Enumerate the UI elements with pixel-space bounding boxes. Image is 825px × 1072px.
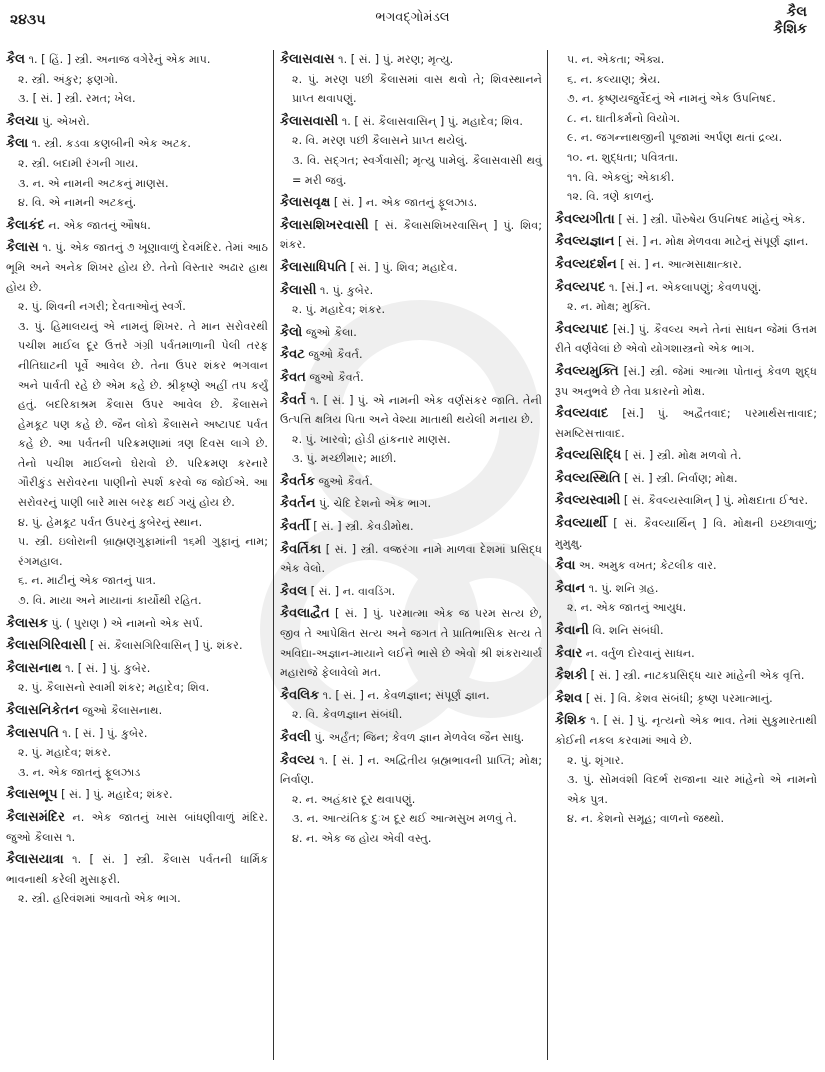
entry-sense: ૩. વિ. સદ્ગત; સ્વર્ગવાસી; મૃત્યુ પામેલું… — [280, 151, 542, 190]
definition-text: [ સં. ] સ્ત્રી. કેવડીમોથ. — [313, 520, 413, 533]
entry-definition: કૈવલી પું. અર્હંત; જિન; કેવળ જ્ઞાન મેળવે… — [280, 728, 542, 748]
headword: કૈલાસનિકેતન — [6, 703, 79, 718]
definition-text: [ સં. કૈવલ્યસ્વામિન્ ] પું. મોક્ષદાતા ઈશ… — [624, 494, 808, 507]
headword: કૈવટ — [280, 347, 305, 362]
entry-sense: ૫. સ્ત્રી. ઇલોરાની બ્રાહ્મણગુફામાંની ૧૬મ… — [6, 532, 268, 571]
definition-text: ૧. [ સં. ] પું. એ નામની એક વર્ણસંકર જાતિ… — [280, 394, 542, 427]
guide-word-last: કૈશિક — [773, 21, 807, 38]
headword: કૈલાસયાત્રા — [6, 852, 64, 867]
dictionary-entry: કૈવત જુઓ કૈવર્ત. — [280, 368, 542, 388]
column-divider — [547, 50, 548, 1060]
entry-definition: કૈવા અ. અમુક વખત; કેટલીક વાર. — [555, 556, 817, 576]
dictionary-entry: કૈવાર ન. વર્તુળ દોરવાનું સાધન. — [555, 644, 817, 664]
entry-sense: ૬. ન. માટીનું એક જાતનું પાત્ર. — [6, 571, 268, 591]
definition-text: [ સં. ] ન. વાવડિંગ. — [311, 585, 396, 598]
definition-text: જુઓ કૈવર્ત. — [308, 348, 362, 361]
entry-sense: ૨. વિ. મરણ પછી કૈલાસને પ્રાપ્ત થયેલું. — [280, 131, 542, 151]
entry-definition: કૈલાસનાથ ૧. [ સં. ] પું. કુબેર. — [6, 659, 268, 679]
entry-definition: કૈવર્તક જુઓ કૈવર્ત. — [280, 472, 542, 492]
dictionary-entry: ૫. ન. એકતા; ઐક્ય.૬. ન. કલ્યાણ; શ્રેય.૭. … — [555, 50, 817, 207]
definition-text: ૨. વિ. કેવળજ્ઞાન સંબંધી. — [292, 708, 402, 721]
definition-text: [ સં. ] ન. એક જાતનું ફૂલઝાડ. — [334, 196, 477, 209]
headword: કૈશવ — [555, 691, 582, 706]
definition-text: ૯. ન. જગન્નાથજીની પૂજામાં અર્પણ થતાં દ્ર… — [567, 131, 782, 144]
definition-text: ૨. પું. મહાદેવ; શંકર. — [292, 303, 385, 316]
definition-text: [ સં. ] સ્ત્રી. પૌરુષેય ઉપનિષદ માંહેનું … — [618, 213, 805, 226]
entry-sense: ૨. પું. મહાદેવ; શંકર. — [280, 300, 542, 320]
headword: કૈવર્ત — [280, 393, 306, 408]
dictionary-entry: કૈલાસભૂપ [ સં. ] પું. મહાદેવ; શંકર. — [6, 785, 268, 805]
entry-sense: ૨. સ્ત્રી. હરિવંશમાં આવતો એક ભાગ. — [6, 889, 268, 909]
dictionary-entry: કૈલાસયાત્રા ૧. [ સં. ] સ્ત્રી. કૈલાસ પર્… — [6, 850, 268, 909]
entry-definition: કૈલાસગિરિવાસી [ સં. કૈલાસગિરિવાસિન્ ] પુ… — [6, 636, 268, 656]
definition-text: ૩. ન. આત્યંતિક દુઃખ દૂર થઈ આત્મસુખ મળવું… — [292, 812, 517, 825]
dictionary-column-2: કૈલાસવાસ ૧. [ સં. ] પું. મરણ; મૃત્યુ.૨. … — [280, 50, 542, 852]
entry-definition: કૈલાસવાસ ૧. [ સં. ] પું. મરણ; મૃત્યુ. — [280, 50, 542, 70]
headword: કૈલાસશિખરવાસી — [280, 218, 369, 233]
headword: કૈવલ્ય — [280, 753, 315, 768]
entry-definition: કૈલાસ ૧. પું. એક જાતનું ૭ ખૂણાવાળું દેવમ… — [6, 238, 268, 297]
entry-definition: કૈવર્ત ૧. [ સં. ] પું. એ નામની એક વર્ણસં… — [280, 391, 542, 430]
entry-definition: કૈવર્તન પું. ચેદિ દેશનો એક ભાગ. — [280, 494, 542, 514]
entry-sense: ૨. વિ. કેવળજ્ઞાન સંબંધી. — [280, 705, 542, 725]
definition-text: ૭. વિ. માયા અને માયાનાં કાર્યોથી રહિત. — [18, 594, 202, 607]
headword: કૈવર્તી — [280, 519, 310, 534]
dictionary-entry: કૈલાસી ૧. પું. કુબેર.૨. પું. મહાદેવ; શંક… — [280, 281, 542, 320]
entry-sense: ૧૦. ન. શુદ્ધતા; પવિત્રતા. — [555, 148, 817, 168]
dictionary-entry: કૈલ ૧. [ હિં. ] સ્ત્રી. અનાજ વગેરેનું એક… — [6, 50, 268, 109]
dictionary-entry: કૈવલ્યપાદ [સં.] પું. કૈવલ્ય અને તેનાં સા… — [555, 320, 817, 359]
definition-text: ૧. [ સં. ] પું. કુબેર. — [65, 662, 150, 675]
definition-text: જુઓ કૈલા. — [306, 326, 357, 339]
entry-sense: ૨. પું. ખારવો; હોડી હાંકનાર માણસ. — [280, 430, 542, 450]
definition-text: ૧. [ સં. કૈલાસવાસિન્ ] પું. મહાદેવ; શિવ. — [342, 115, 523, 128]
dictionary-entry: કૈવલ્યસિદ્ધિ [ સં. ] સ્ત્રી. મોક્ષ મળવો … — [555, 446, 817, 466]
entry-sense: ૩. પું. સોમવંશી વિદર્ભ રાજાના ચાર માંહેન… — [555, 770, 817, 809]
definition-text: ૪. વિ. એ નામની અટકનું. — [18, 196, 136, 209]
dictionary-entry: કૈલચા પું. એખરો. — [6, 112, 268, 132]
dictionary-entry: કૈવલ્ય ૧. [ સં. ] ન. અદ્વિતીય બ્રહ્મભાવન… — [280, 751, 542, 849]
dictionary-entry: કૈલાસમંદિર ન. એક જાતનું ખાસ બાંધણીવાળું … — [6, 808, 268, 847]
headword: કૈવલ્યસ્વામી — [555, 493, 620, 508]
definition-text: [ સં. ] ન. મોક્ષ મેળવવા માટેનું સંપૂર્ણ … — [618, 235, 808, 248]
headword: કૈલચા — [6, 114, 39, 129]
entry-definition: કૈલાસવાસી ૧. [ સં. કૈલાસવાસિન્ ] પું. મહ… — [280, 112, 542, 132]
headword: કૈવાન — [555, 581, 585, 596]
definition-text: ૩. પું. સોમવંશી વિદર્ભ રાજાના ચાર માંહેન… — [567, 773, 817, 806]
entry-sense: ૩. ન. એ નામની અટકનું માણસ. — [6, 174, 268, 194]
dictionary-entry: કૈલાસવૃક્ષ [ સં. ] ન. એક જાતનું ફૂલઝાડ. — [280, 193, 542, 213]
definition-text: ૧. સ્ત્રી. કડવા કણબીની એક અટક. — [32, 137, 191, 150]
headword: કૈશકી — [555, 668, 587, 683]
entry-sense: ૭. વિ. માયા અને માયાનાં કાર્યોથી રહિત. — [6, 591, 268, 611]
definition-text: ૧. [ હિં. ] સ્ત્રી. અનાજ વગેરેનું એક માપ… — [29, 53, 211, 66]
headword: કૈવલ્યાર્થી — [555, 516, 607, 531]
definition-text: ૨. ન. અહંકાર દૂર થવાપણું. — [292, 793, 415, 806]
definition-text: ૪. ન. એક જ હોય એવી વસ્તુ. — [292, 832, 431, 845]
dictionary-entry: કૈલાસવાસી ૧. [ સં. કૈલાસવાસિન્ ] પું. મહ… — [280, 112, 542, 190]
dictionary-entry: કૈલાકંદ ન. એક જાતનું ઔષધ. — [6, 216, 268, 236]
headword: કૈવાર — [555, 646, 582, 661]
dictionary-entry: કૈવર્તક જુઓ કૈવર્ત. — [280, 472, 542, 492]
running-title: ભગવદ્ગોમંડલ — [0, 10, 825, 25]
definition-text: ૧. [સં.] ન. એકલાપણું; કેવળપણું. — [609, 281, 761, 294]
entry-sense: ૧૨. વિ. ત્રણે કાળનું. — [555, 187, 817, 207]
definition-text: ૩. વિ. સદ્ગત; સ્વર્ગવાસી; મૃત્યુ પામેલું… — [292, 154, 542, 187]
entry-sense: ૩. પું. મચ્છીમાર; માછી. — [280, 449, 542, 469]
definition-text: ૧૧. વિ. એકલું; એકાકી. — [567, 171, 674, 184]
entry-definition: કૈલાસક પું. ( પુરાણ ) એ નામનો એક સર્પ. — [6, 614, 268, 634]
entry-sense: ૩. [ સં. ] સ્ત્રી. રમત; ખેલ. — [6, 89, 268, 109]
dictionary-entry: કૈવર્તન પું. ચેદિ દેશનો એક ભાગ. — [280, 494, 542, 514]
definition-text: ૩. પું. મચ્છીમાર; માછી. — [292, 452, 396, 465]
definition-text: ૨. ન. એક જાતનું આયુધ. — [567, 601, 686, 614]
headword: કૈવલ્યગીતા — [555, 212, 615, 227]
dictionary-entry: કૈવટ જુઓ કૈવર્ત. — [280, 345, 542, 365]
headword: કૈલાસભૂપ — [6, 787, 58, 802]
headword: કૈલાસી — [280, 283, 316, 298]
definition-text: ૧. [ સં. ] પું. નૃત્યનો એક ભાવ. તેમાં સુ… — [555, 714, 817, 747]
entry-definition: કૈવલ્યજ્ઞાન [ સં. ] ન. મોક્ષ મેળવવા માટે… — [555, 232, 817, 252]
dictionary-entry: કૈલાસ ૧. પું. એક જાતનું ૭ ખૂણાવાળું દેવમ… — [6, 238, 268, 610]
entry-sense: ૯. ન. જગન્નાથજીની પૂજામાં અર્પણ થતાં દ્ર… — [555, 128, 817, 148]
entry-definition: કૈવલ્યપાદ [સં.] પું. કૈવલ્ય અને તેનાં સા… — [555, 320, 817, 359]
entry-sense: ૨. ન. એક જાતનું આયુધ. — [555, 598, 817, 618]
definition-text: [ સં. ] સ્ત્રી. મોક્ષ મળવો તે. — [625, 449, 742, 462]
definition-text: ૪. ન. કેશનો સમૂહ; વાળનો જથ્થો. — [567, 812, 724, 825]
dictionary-entry: કૈશવ [ સં. ] વિ. કેશવ સંબંધી; કૃષ્ણ પરમા… — [555, 689, 817, 709]
dictionary-entry: કૈલાસશિખરવાસી [ સં. કૈલાસશિખરવાસિન્ ] પુ… — [280, 216, 542, 255]
headword: કૈવલ્યસ્થિતિ — [555, 471, 621, 486]
dictionary-entry: કૈવાની વિ. શનિ સંબંધી. — [555, 621, 817, 641]
definition-text: ૧. [ સં. ] ન. કેવળજ્ઞાન; સંપૂર્ણ જ્ઞાન. — [323, 689, 490, 702]
headword: કૈલાસાધિપતિ — [280, 260, 347, 275]
definition-text: ૧. [ સં. ] પું. કુબેર. — [62, 727, 147, 740]
entry-definition: કૈલો જુઓ કૈલા. — [280, 323, 542, 343]
definition-text: પું. અર્હંત; જિન; કેવળ જ્ઞાન મેળવેલ જૈન … — [314, 731, 524, 744]
entry-definition: કૈવલ્યગીતા [ સં. ] સ્ત્રી. પૌરુષેય ઉપનિષ… — [555, 210, 817, 230]
entry-definition: કૈલાસપતિ ૧. [ સં. ] પું. કુબેર. — [6, 724, 268, 744]
headword: કૈવલ્યજ્ઞાન — [555, 234, 614, 249]
definition-text: ૫. ન. એકતા; ઐક્ય. — [567, 53, 664, 66]
dictionary-entry: કૈલાસનિકેતન જુઓ કૈલાસનાથ. — [6, 701, 268, 721]
dictionary-entry: કૈવાન ૧. પું. શનિ ગ્રહ.૨. ન. એક જાતનું આ… — [555, 579, 817, 618]
definition-text: ૧. પું. એક જાતનું ૭ ખૂણાવાળું દેવમંદિર. … — [6, 241, 268, 293]
headword: કૈલા — [6, 136, 28, 151]
entry-definition: કૈવાન ૧. પું. શનિ ગ્રહ. — [555, 579, 817, 599]
headword: કૈવત — [280, 370, 306, 385]
entry-definition: ૫. ન. એકતા; ઐક્ય. — [555, 50, 817, 70]
entry-definition: કૈવલ્યવાદ [સં.] પું. અદ્વૈતવાદ; પરમાર્થસ… — [555, 404, 817, 443]
headword: કૈલાસવાસી — [280, 114, 338, 129]
dictionary-entry: કૈવલ્યવાદ [સં.] પું. અદ્વૈતવાદ; પરમાર્થસ… — [555, 404, 817, 443]
entry-sense: ૪. ન. કેશનો સમૂહ; વાળનો જથ્થો. — [555, 809, 817, 829]
headword: કૈવલ્યપાદ — [555, 322, 609, 337]
definition-text: વિ. શનિ સંબંધી. — [592, 624, 663, 637]
entry-definition: કૈલાસી ૧. પું. કુબેર. — [280, 281, 542, 301]
definition-text: ૨. સ્ત્રી. અંકુર; ફણગો. — [18, 73, 118, 86]
definition-text: ૨. ન. મોક્ષ; મુક્તિ. — [567, 300, 651, 313]
definition-text: ૨. પું. શિવની નગરી; દેવતાઓનું સ્વર્ગ. — [18, 300, 186, 313]
definition-text: અ. અમુક વખત; કેટલીક વાર. — [579, 559, 717, 572]
entry-definition: કૈવલિક ૧. [ સં. ] ન. કેવળજ્ઞાન; સંપૂર્ણ … — [280, 686, 542, 706]
definition-text: ન. એક જાતનું ઔષધ. — [48, 219, 151, 232]
definition-text: ૩. ન. એ નામની અટકનું માણસ. — [18, 177, 169, 190]
entry-sense: ૨. પું. શિવની નગરી; દેવતાઓનું સ્વર્ગ. — [6, 297, 268, 317]
headword: કૈલાસ — [6, 240, 39, 255]
entry-definition: કૈવલ્યસિદ્ધિ [ સં. ] સ્ત્રી. મોક્ષ મળવો … — [555, 446, 817, 466]
entry-sense: ૮. ન. ઘાતીકર્મનો વિયોગ. — [555, 109, 817, 129]
entry-definition: કૈવલ્યદર્શન [ સં. ] ન. આત્મસાક્ષાત્કાર. — [555, 255, 817, 275]
dictionary-entry: કૈવા અ. અમુક વખત; કેટલીક વાર. — [555, 556, 817, 576]
dictionary-entry: કૈવલ [ સં. ] ન. વાવડિંગ. — [280, 582, 542, 602]
entry-definition: કૈવલ્યસ્થિતિ [ સં. ] સ્ત્રી. નિર્વાણ; મો… — [555, 469, 817, 489]
definition-text: [ સં. ] વિ. કેશવ સંબંધી; કૃષ્ણ પરમાત્માન… — [586, 692, 773, 705]
headword: કૈલો — [280, 325, 302, 340]
definition-text: ૧. [ સં. ] પું. મરણ; મૃત્યુ. — [338, 53, 453, 66]
entry-definition: કૈલાસનિકેતન જુઓ કૈલાસનાથ. — [6, 701, 268, 721]
dictionary-entry: કૈવલ્યમુક્તિ [સં.] સ્ત્રી. જેમાં આત્મા પ… — [555, 362, 817, 401]
entry-definition: કૈવલ્ય ૧. [ સં. ] ન. અદ્વિતીય બ્રહ્મભાવન… — [280, 751, 542, 790]
definition-text: ૩. પું. હિમાલયનું એ નામનું શિખર. તે માન … — [18, 320, 268, 509]
dictionary-entry: કૈલાસપતિ ૧. [ સં. ] પું. કુબેર.૨. પું. મ… — [6, 724, 268, 783]
definition-text: ૮. ન. ઘાતીકર્મનો વિયોગ. — [567, 112, 680, 125]
entry-definition: કૈલાસમંદિર ન. એક જાતનું ખાસ બાંધણીવાળું … — [6, 808, 268, 847]
definition-text: પું. ( પુરાણ ) એ નામનો એક સર્પ. — [51, 617, 202, 630]
headword: કૈલાસવાસ — [280, 52, 335, 67]
definition-text: ૩. [ સં. ] સ્ત્રી. રમત; ખેલ. — [18, 92, 136, 105]
entry-definition: કૈવર્તી [ સં. ] સ્ત્રી. કેવડીમોથ. — [280, 517, 542, 537]
entry-sense: ૨. ન. અહંકાર દૂર થવાપણું. — [280, 790, 542, 810]
headword: કૈવલ્યપદ — [555, 280, 605, 295]
entry-definition: કૈલચા પું. એખરો. — [6, 112, 268, 132]
entry-definition: કૈવાર ન. વર્તુળ દોરવાનું સાધન. — [555, 644, 817, 664]
dictionary-column-1: કૈલ ૧. [ હિં. ] સ્ત્રી. અનાજ વગેરેનું એક… — [6, 50, 268, 912]
headword: કૈવલ્યદર્શન — [555, 257, 617, 272]
entry-definition: કૈવલ [ સં. ] ન. વાવડિંગ. — [280, 582, 542, 602]
dictionary-entry: કૈલાસક પું. ( પુરાણ ) એ નામનો એક સર્પ. — [6, 614, 268, 634]
entry-sense: ૪. ન. એક જ હોય એવી વસ્તુ. — [280, 829, 542, 849]
headword: કૈલાસપતિ — [6, 726, 59, 741]
definition-text: [ સં. ] સ્ત્રી. નિર્વાણ; મોક્ષ. — [624, 472, 737, 485]
definition-text: પું. એખરો. — [42, 115, 90, 128]
headword: કૈવલિક — [280, 688, 319, 703]
dictionary-entry: કૈલાસવાસ ૧. [ સં. ] પું. મરણ; મૃત્યુ.૨. … — [280, 50, 542, 109]
entry-definition: કૈવલ્યસ્વામી [ સં. કૈવલ્યસ્વામિન્ ] પું.… — [555, 491, 817, 511]
definition-text: ૫. સ્ત્રી. ઇલોરાની બ્રાહ્મણગુફામાંની ૧૬મ… — [18, 535, 268, 568]
entry-sense: ૨. સ્ત્રી. અંકુર; ફણગો. — [6, 70, 268, 90]
entry-sense: ૨. પું. મરણ પછી કૈલાસમાં વાસ થવો તે; શિવ… — [280, 70, 542, 109]
dictionary-entry: કૈશકી [ સં. ] સ્ત્રી. નાટકપ્રસિદ્ધ ચાર મ… — [555, 666, 817, 686]
definition-text: ૭. ન. કૃષ્ણયજુર્વેદનું એ નામનું એક ઉપનિષ… — [567, 92, 776, 105]
headword: કૈલાસક — [6, 616, 48, 631]
entry-sense: ૨. પું. શૃંગાર. — [555, 751, 817, 771]
entry-definition: કૈવટ જુઓ કૈવર્ત. — [280, 345, 542, 365]
page-header: ૨૪૩૫ ભગવદ્ગોમંડલ કૈલ કૈશિક — [0, 0, 825, 46]
entry-definition: કૈવર્તિકા [ સં. ] સ્ત્રી. વજ્રરંગા નામે … — [280, 540, 542, 579]
entry-definition: કૈવત જુઓ કૈવર્ત. — [280, 368, 542, 388]
headword: કૈવાની — [555, 623, 589, 638]
entry-sense: ૧૧. વિ. એકલું; એકાકી. — [555, 168, 817, 188]
entry-sense: ૩. ન. આત્યંતિક દુઃખ દૂર થઈ આત્મસુખ મળવું… — [280, 809, 542, 829]
headword: કૈવા — [555, 558, 575, 573]
headword: કૈવલ — [280, 584, 307, 599]
dictionary-entry: કૈવલિક ૧. [ સં. ] ન. કેવળજ્ઞાન; સંપૂર્ણ … — [280, 686, 542, 725]
dictionary-entry: કૈવલી પું. અર્હંત; જિન; કેવળ જ્ઞાન મેળવે… — [280, 728, 542, 748]
entry-definition: કૈવલ્યમુક્તિ [સં.] સ્ત્રી. જેમાં આત્મા પ… — [555, 362, 817, 401]
dictionary-entry: કૈલાસાધિપતિ [ સં. ] પું. શિવ; મહાદેવ. — [280, 258, 542, 278]
dictionary-column-3: ૫. ન. એકતા; ઐક્ય.૬. ન. કલ્યાણ; શ્રેય.૭. … — [555, 50, 817, 832]
dictionary-entry: કૈલાસનાથ ૧. [ સં. ] પું. કુબેર.૨. પું. ક… — [6, 659, 268, 698]
headword: કૈવલી — [280, 730, 311, 745]
entry-definition: કૈલાસયાત્રા ૧. [ સં. ] સ્ત્રી. કૈલાસ પર્… — [6, 850, 268, 889]
entry-sense: ૬. ન. કલ્યાણ; શ્રેય. — [555, 70, 817, 90]
definition-text: ૧૦. ન. શુદ્ધતા; પવિત્રતા. — [567, 151, 678, 164]
definition-text: ૨. પું. ખારવો; હોડી હાંકનાર માણસ. — [292, 433, 451, 446]
definition-text: [ સં. કૈલાસગિરિવાસિન્ ] પું. શંકર. — [90, 639, 243, 652]
entry-sense: ૩. ન. એક જાતનું ફૂલઝાડ — [6, 763, 268, 783]
dictionary-entry: કૈવલ્યપદ ૧. [સં.] ન. એકલાપણું; કેવળપણું.… — [555, 278, 817, 317]
definition-text: ૧૨. વિ. ત્રણે કાળનું. — [567, 190, 654, 203]
entry-sense: ૭. ન. કૃષ્ણયજુર્વેદનું એ નામનું એક ઉપનિષ… — [555, 89, 817, 109]
definition-text: ૨. પું. શૃંગાર. — [567, 754, 624, 767]
entry-definition: કૈવલાદ્વૈત [ સં. ] પું. પરમાત્મા એક જ પર… — [280, 604, 542, 682]
headword: કૈલાસવૃક્ષ — [280, 195, 330, 210]
headword: કૈલાકંદ — [6, 218, 45, 233]
dictionary-entry: કૈશિક ૧. [ સં. ] પું. નૃત્યનો એક ભાવ. તે… — [555, 711, 817, 829]
entry-definition: કૈવાની વિ. શનિ સંબંધી. — [555, 621, 817, 641]
definition-text: ૨. સ્ત્રી. બદામી રંગની ગાય. — [18, 157, 138, 170]
definition-text: ૨. સ્ત્રી. હરિવંશમાં આવતો એક ભાગ. — [18, 892, 181, 905]
dictionary-entry: કૈવલ્યસ્વામી [ સં. કૈવલ્યસ્વામિન્ ] પું.… — [555, 491, 817, 511]
dictionary-entry: કૈવર્ત ૧. [ સં. ] પું. એ નામની એક વર્ણસં… — [280, 391, 542, 469]
guide-words: કૈલ કૈશિક — [773, 4, 807, 38]
definition-text: ન. વર્તુળ દોરવાનું સાધન. — [586, 647, 695, 660]
dictionary-entry: કૈલાસગિરિવાસી [ સં. કૈલાસગિરિવાસિન્ ] પુ… — [6, 636, 268, 656]
headword: કૈવલ્યવાદ — [555, 406, 608, 421]
entry-definition: કૈલ ૧. [ હિં. ] સ્ત્રી. અનાજ વગેરેનું એક… — [6, 50, 268, 70]
entry-sense: ૨. સ્ત્રી. બદામી રંગની ગાય. — [6, 154, 268, 174]
definition-text: ૬. ન. કલ્યાણ; શ્રેય. — [567, 73, 660, 86]
entry-sense: ૨. ન. મોક્ષ; મુક્તિ. — [555, 297, 817, 317]
entry-definition: કૈવલ્યાર્થી [ સં. કૈવલ્યાર્થિન્ ] વિ. મો… — [555, 514, 817, 553]
dictionary-entry: કૈવલ્યદર્શન [ સં. ] ન. આત્મસાક્ષાત્કાર. — [555, 255, 817, 275]
headword: કૈવર્તન — [280, 496, 316, 511]
headword: કૈવલાદ્વૈત — [280, 606, 329, 621]
dictionary-entry: કૈવલ્યસ્થિતિ [ સં. ] સ્ત્રી. નિર્વાણ; મો… — [555, 469, 817, 489]
definition-text: ૨. પું. મરણ પછી કૈલાસમાં વાસ થવો તે; શિવ… — [292, 73, 542, 106]
entry-sense: ૪. પું. હેમકૂટ પર્વત ઉપરનું કુબેરનું સ્થ… — [6, 513, 268, 533]
entry-sense: ૩. પું. હિમાલયનું એ નામનું શિખર. તે માન … — [6, 317, 268, 513]
headword: કૈલાસનાથ — [6, 661, 62, 676]
entry-definition: કૈલાકંદ ન. એક જાતનું ઔષધ. — [6, 216, 268, 236]
definition-text: [ સં. ] પું. મહાદેવ; શંકર. — [61, 788, 172, 801]
definition-text: જુઓ કૈલાસનાથ. — [82, 704, 162, 717]
dictionary-entry: કૈવલાદ્વૈત [ સં. ] પું. પરમાત્મા એક જ પર… — [280, 604, 542, 682]
definition-text: ૬. ન. માટીનું એક જાતનું પાત્ર. — [18, 574, 156, 587]
entry-definition: કૈલાસશિખરવાસી [ સં. કૈલાસશિખરવાસિન્ ] પુ… — [280, 216, 542, 255]
entry-definition: કૈલાસાધિપતિ [ સં. ] પું. શિવ; મહાદેવ. — [280, 258, 542, 278]
headword: કૈશિક — [555, 713, 586, 728]
dictionary-entry: કૈવલ્યગીતા [ સં. ] સ્ત્રી. પૌરુષેય ઉપનિષ… — [555, 210, 817, 230]
entry-definition: કૈશકી [ સં. ] સ્ત્રી. નાટકપ્રસિદ્ધ ચાર મ… — [555, 666, 817, 686]
headword: કૈલ — [6, 52, 25, 67]
entry-definition: કૈલાસભૂપ [ સં. ] પું. મહાદેવ; શંકર. — [6, 785, 268, 805]
entry-sense: ૨. પું. મહાદેવ; શંકર. — [6, 743, 268, 763]
definition-text: [ સં. ] સ્ત્રી. નાટકપ્રસિદ્ધ ચાર માંહેની… — [591, 669, 805, 682]
definition-text: ૪. પું. હેમકૂટ પર્વત ઉપરનું કુબેરનું સ્થ… — [18, 516, 202, 529]
headword: કૈલાસગિરિવાસી — [6, 638, 86, 653]
definition-text: ૨. પું. મહાદેવ; શંકર. — [18, 746, 111, 759]
headword: કૈવલ્યમુક્તિ — [555, 364, 619, 379]
dictionary-entry: કૈવર્તી [ સં. ] સ્ત્રી. કેવડીમોથ. — [280, 517, 542, 537]
definition-text: ૧. પું. કુબેર. — [320, 284, 373, 297]
entry-definition: કૈવલ્યપદ ૧. [સં.] ન. એકલાપણું; કેવળપણું. — [555, 278, 817, 298]
definition-text: ૧. પું. શનિ ગ્રહ. — [589, 582, 659, 595]
dictionary-entry: કૈવલ્યજ્ઞાન [ સં. ] ન. મોક્ષ મેળવવા માટે… — [555, 232, 817, 252]
dictionary-entry: કૈલા ૧. સ્ત્રી. કડવા કણબીની એક અટક.૨. સ્… — [6, 134, 268, 212]
headword: કૈવર્તિકા — [280, 542, 321, 557]
dictionary-entry: કૈવલ્યાર્થી [ સં. કૈવલ્યાર્થિન્ ] વિ. મો… — [555, 514, 817, 553]
entry-sense: ૨. પું. કૈલાસનો સ્વામી શંકર; મહાદેવ; શિવ… — [6, 678, 268, 698]
dictionary-entry: કૈવર્તિકા [ સં. ] સ્ત્રી. વજ્રરંગા નામે … — [280, 540, 542, 579]
column-divider — [273, 50, 274, 1060]
headword: કૈલાસમંદિર — [6, 810, 65, 825]
headword: કૈવલ્યસિદ્ધિ — [555, 448, 621, 463]
definition-text: ૧. [ સં. ] ન. અદ્વિતીય બ્રહ્મભાવની પ્રાપ… — [280, 754, 542, 787]
definition-text: [ સં. ] ન. આત્મસાક્ષાત્કાર. — [620, 258, 742, 271]
entry-definition: કૈશવ [ સં. ] વિ. કેશવ સંબંધી; કૃષ્ણ પરમા… — [555, 689, 817, 709]
entry-definition: કૈશિક ૧. [ સં. ] પું. નૃત્યનો એક ભાવ. તે… — [555, 711, 817, 750]
definition-text: [ સં. ] પું. શિવ; મહાદેવ. — [350, 261, 457, 274]
definition-text: જુઓ કૈવર્ત. — [309, 371, 363, 384]
entry-definition: કૈલા ૧. સ્ત્રી. કડવા કણબીની એક અટક. — [6, 134, 268, 154]
definition-text: જુઓ કૈવર્ત. — [319, 475, 373, 488]
definition-text: ૨. પું. કૈલાસનો સ્વામી શંકર; મહાદેવ; શિવ… — [18, 681, 209, 694]
definition-text: ૩. ન. એક જાતનું ફૂલઝાડ — [18, 766, 140, 779]
guide-word-first: કૈલ — [773, 4, 807, 21]
entry-sense: ૪. વિ. એ નામની અટકનું. — [6, 193, 268, 213]
entry-definition: કૈલાસવૃક્ષ [ સં. ] ન. એક જાતનું ફૂલઝાડ. — [280, 193, 542, 213]
definition-text: ૨. વિ. મરણ પછી કૈલાસને પ્રાપ્ત થયેલું. — [292, 134, 467, 147]
dictionary-entry: કૈલો જુઓ કૈલા. — [280, 323, 542, 343]
definition-text: પું. ચેદિ દેશનો એક ભાગ. — [319, 497, 431, 510]
headword: કૈવર્તક — [280, 474, 315, 489]
